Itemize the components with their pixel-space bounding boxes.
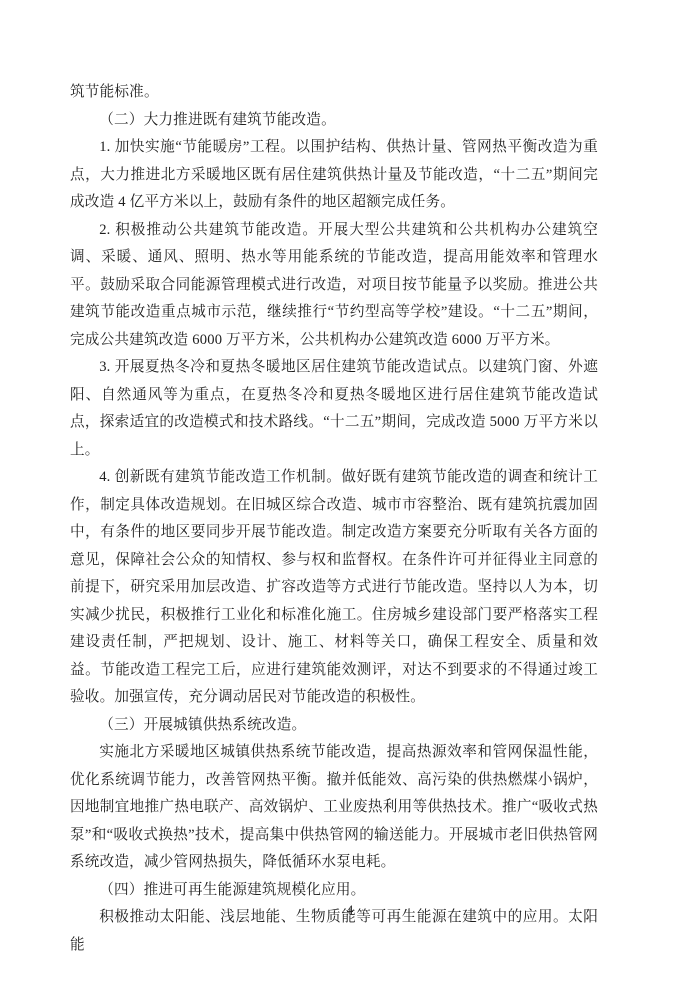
paragraph-item-3: 3. 开展夏热冬冷和夏热冬暖地区居住建筑节能改造试点。以建筑门窗、外遮阳、自然通…: [70, 354, 598, 464]
document-page: 筑节能标准。 （二）大力推进既有建筑节能改造。 1. 加快实施“节能暖房”工程。…: [70, 79, 598, 959]
paragraph-item-2: 2. 积极推动公共建筑节能改造。开展大型公共建筑和公共机构办公建筑空调、采暖、通…: [70, 217, 598, 355]
paragraph-item-4: 4. 创新既有建筑节能改造工作机制。做好既有建筑节能改造的调查和统计工作，制定具…: [70, 464, 598, 712]
page-number: 4: [0, 901, 700, 919]
section-heading-4: （四）推进可再生能源建筑规模化应用。: [70, 877, 598, 905]
section-heading-3: （三）开展城镇供热系统改造。: [70, 712, 598, 740]
paragraph-heating-systems: 实施北方采暖地区城镇供热系统节能改造，提高热源效率和管网保温性能，优化系统调节能…: [70, 739, 598, 877]
paragraph-item-1: 1. 加快实施“节能暖房”工程。以围护结构、供热计量、管网热平衡改造为重点，大力…: [70, 134, 598, 217]
section-heading-2: （二）大力推进既有建筑节能改造。: [70, 107, 598, 135]
paragraph-continuation: 筑节能标准。: [70, 79, 598, 107]
